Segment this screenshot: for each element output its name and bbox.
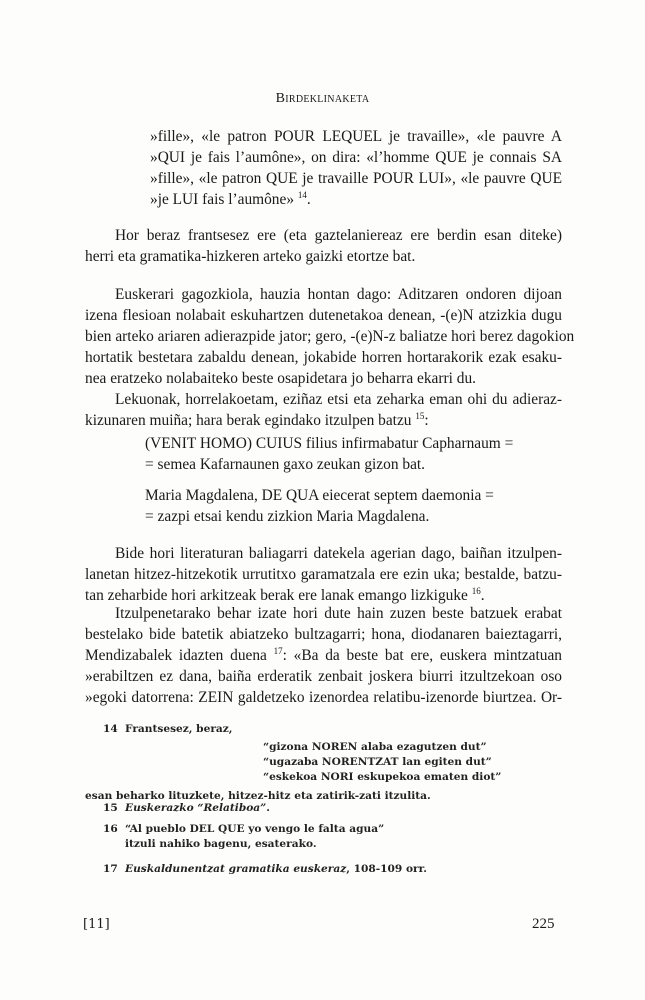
text-line: = semea Kafarnaunen gaxo zeukan gizon ba… (145, 454, 545, 475)
text-line: »je LUI fais l’aumône» 14. (150, 189, 562, 210)
footnote-number: 14 (103, 722, 125, 737)
text-fragment: tan zeharbide hori arkitzeak berak ere l… (85, 587, 468, 604)
footnote-number: 15 (103, 801, 125, 816)
paragraph-3: Lekuonak, horrelakoetam, eziñaz etsi eta… (85, 389, 562, 431)
running-head-text: Birdeklinaketa (276, 91, 370, 106)
text-line: »erabiltzen ez dana, baiña erderatik zen… (85, 666, 562, 687)
footnote-15: 15Euskerazko “Relatiboa”. (85, 801, 505, 816)
footnote-text: “Al pueblo DEL QUE yo vengo le falta agu… (125, 823, 384, 835)
section-marker: [11] (83, 917, 110, 932)
paragraph-2: Euskerari gagozkiola, hauzia hontan dago… (85, 284, 562, 389)
text-line: Euskerari gagozkiola, hauzia hontan dago… (85, 284, 562, 305)
text-line: bien arteko ariaren adierazpide jator; g… (85, 326, 562, 347)
text-line: »fille», «le patron POUR LEQUEL je trava… (150, 126, 562, 147)
text-line: bestelako bide batetik abiatzeko bultzag… (85, 624, 562, 645)
text-line: hortatik bestetara zabaldu denean, jokab… (85, 347, 562, 368)
text-line: lanetan hitzez-hitzekotik urrutitxo gara… (85, 564, 562, 585)
text-line: nea eratzeko nolabaiteko beste osapideta… (85, 368, 562, 389)
footnote-text: Frantsesez, beraz, (125, 723, 232, 735)
text-line: Mendizabalek idazten duena 17: «Ba da be… (85, 645, 562, 666)
footnote-quote: “ugazaba NORENTZAT lan egiten dut” (85, 755, 505, 770)
text-fragment: Mendizabalek idazten duena (85, 647, 267, 664)
example-1: (VENIT HOMO) CUIUS filius infirmabatur C… (145, 433, 545, 475)
running-head: Birdeklinaketa (0, 91, 645, 107)
punctuation: . (481, 587, 485, 604)
text-line: »fille», «le patron QUE je travaille POU… (150, 168, 562, 189)
footnote-14: 14Frantsesez, beraz, “gizona NOREN alaba… (85, 722, 505, 804)
footnote-16: 16“Al pueblo DEL QUE yo vengo le falta a… (85, 822, 505, 852)
example-2: Maria Magdalena, DE QUA eiecerat septem … (145, 485, 545, 527)
text-fragment: : «Ba da beste bat ere, euskera mintzatu… (283, 647, 562, 664)
text-line: »QUI je fais l’aumône», on dira: «l’homm… (150, 147, 562, 168)
text-line: Hor beraz frantsesez ere (eta gaztelanie… (85, 225, 562, 246)
footnote-ref-15[interactable]: 15 (415, 411, 424, 421)
text-line: Bide hori literaturan baliagarri datekel… (85, 543, 562, 564)
text-line: herri eta gramatika-hizkeren arteko gaiz… (85, 246, 562, 267)
paragraph-1: Hor beraz frantsesez ere (eta gaztelanie… (85, 225, 562, 267)
text-fragment: kizunaren muiña; hara berak egindako itz… (85, 412, 412, 429)
text-line: izena flesioan nolabait eskuhartzen dute… (85, 305, 562, 326)
document-page: Birdeklinaketa »fille», «le patron POUR … (0, 0, 645, 1000)
footnote-continuation: itzuli nahiko bagenu, esaterako. (85, 837, 505, 852)
footnote-title: Euskaldunentzat gramatika euskeraz (125, 863, 346, 875)
text-line: kizunaren muiña; hara berak egindako itz… (85, 410, 562, 431)
page-number: 225 (532, 916, 555, 933)
footnote-text: , 108-109 orr. (346, 863, 427, 875)
text-line: Maria Magdalena, DE QUA eiecerat septem … (145, 485, 545, 506)
footnote-ref-16[interactable]: 16 (472, 586, 481, 596)
footnote-17: 17Euskaldunentzat gramatika euskeraz, 10… (85, 862, 505, 877)
text-fragment: »je LUI fais l’aumône» (150, 191, 294, 208)
punctuation: : (424, 412, 428, 429)
paragraph-4: Bide hori literaturan baliagarri datekel… (85, 543, 562, 606)
footnote-number: 17 (103, 862, 125, 877)
french-quote-block: »fille», «le patron POUR LEQUEL je trava… (150, 126, 562, 210)
paragraph-5: Itzulpenetarako behar izate hori dute ha… (85, 603, 562, 708)
punctuation: . (307, 191, 311, 208)
footnote-ref-14[interactable]: 14 (298, 190, 307, 200)
footnote-quote: “eskekoa NORI eskupekoa ematen diot” (85, 770, 505, 785)
footnote-number: 16 (103, 822, 125, 837)
footnote-quote: “gizona NOREN alaba ezagutzen dut” (85, 740, 505, 755)
text-line: = zazpi etsai kendu zizkion Maria Magdal… (145, 506, 545, 527)
text-line: Lekuonak, horrelakoetam, eziñaz etsi eta… (85, 389, 562, 410)
footnote-title: Euskerazko “Relatiboa” (125, 802, 266, 814)
text-line: Itzulpenetarako behar izate hori dute ha… (85, 603, 562, 624)
text-line: (VENIT HOMO) CUIUS filius infirmabatur C… (145, 433, 545, 454)
punctuation: . (266, 802, 270, 814)
text-line: »egoki datorrena: ZEIN galdetzeko izenor… (85, 687, 562, 708)
footnote-ref-17[interactable]: 17 (274, 646, 283, 656)
